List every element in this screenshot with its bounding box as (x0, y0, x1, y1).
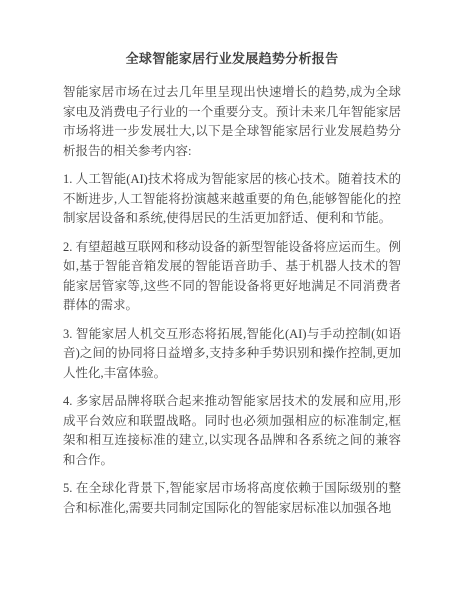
numbered-paragraph-3: 3. 智能家居人机交互形态将拓展,智能化(AI)与手动控制(如语音)之间的协同将… (63, 325, 401, 384)
numbered-paragraph-4: 4. 多家居品牌将联合起来推动智能家居技术的发展和应用,形成平台效应和联盟战略。… (63, 392, 401, 470)
report-page: 全球智能家居行业发展趋势分析报告 智能家居市场在过去几年里呈现出快速增长的趋势,… (0, 0, 463, 600)
document-page-background: { "document": { "title": "全球智能家居行业发展趋势分析… (0, 0, 463, 600)
numbered-paragraph-1: 1. 人工智能(AI)技术将成为智能家居的核心技术。随着技术的不断进步,人工智能… (63, 170, 401, 229)
numbered-paragraph-2: 2. 有望超越互联网和移动设备的新型智能设备将应运而生。例如,基于智能音箱发展的… (63, 238, 401, 316)
report-title: 全球智能家居行业发展趋势分析报告 (63, 49, 401, 69)
numbered-paragraph-5-truncated: 5. 在全球化背景下,智能家居市场将高度依赖于国际级别的整合和标准化,需要共同制… (63, 479, 401, 518)
report-body: 智能家居市场在过去几年里呈现出快速增长的趋势,成为全球家电及消费电子行业的一个重… (63, 83, 401, 518)
intro-paragraph: 智能家居市场在过去几年里呈现出快速增长的趋势,成为全球家电及消费电子行业的一个重… (63, 83, 401, 161)
